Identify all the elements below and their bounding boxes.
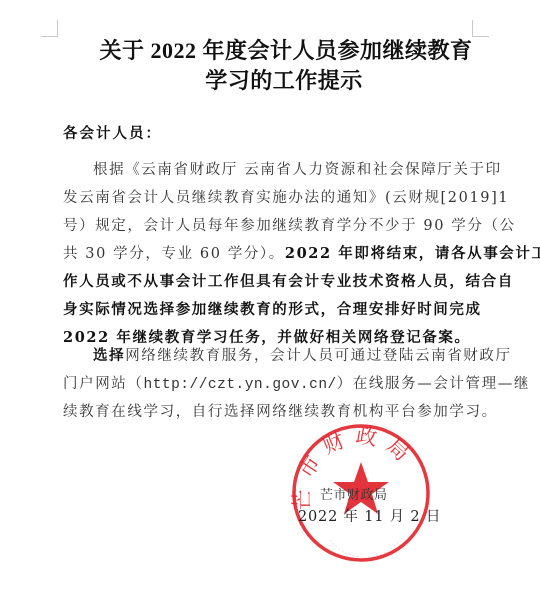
page-corner-mark-top-right	[472, 20, 489, 37]
paragraph-1-line-6: 身实际情况选择参加继续教育的形式，合理安排好时间完成	[63, 300, 483, 320]
document-title-line-2: 学习的工作提示	[14, 66, 540, 96]
paragraph-2-line-2-a: 门户网站（	[63, 376, 144, 392]
portal-url-link[interactable]: http://czt.yn.gov.cn/	[144, 377, 337, 393]
paragraph-1-line-3: 号）规定，会计人员每年参加继续教育学分不少于 90 学分（公	[63, 216, 483, 236]
paragraph-1-line-7-bold: 2022 年继续教育学习任务，并做好相关网络登记备案。	[63, 329, 471, 346]
paragraph-1-line-6-bold: 身实际情况选择参加继续教育的形式，合理安排好时间完成	[63, 301, 482, 318]
paragraph-1-line-4: 共 30 学分，专业 60 学分）。2022 年即将结束，请各从事会计工	[63, 244, 483, 264]
paragraph-2-line-3: 续教育在线学习，自行选择网络继续教育机构平台参加学习。	[63, 402, 483, 422]
signature-issuer: 芒市财政局	[320, 484, 388, 503]
page-corner-mark-top-left	[41, 20, 58, 37]
document-title-line-1: 关于 2022 年度会计人员参加继续教育	[16, 36, 540, 66]
paragraph-2-line-1: 选择网络继续教育服务，会计人员可通过登陆云南省财政厅	[63, 346, 513, 366]
salutation: 各会计人员：	[63, 122, 162, 143]
paragraph-2-line-1-normal: 网络继续教育服务，会计人员可通过登陆云南省财政厅	[125, 348, 511, 364]
paragraph-1-line-5: 作人员或不从事会计工作但具有会计专业技术资格人员，结合自	[63, 272, 483, 292]
paragraph-1-line-7: 2022 年继续教育学习任务，并做好相关网络登记备案。	[63, 328, 483, 348]
paragraph-1-line-2: 发云南省会计人员继续教育实施办法的通知》(云财规[2019]1	[63, 188, 483, 208]
issue-date: 2022 年 11 月 2 日	[298, 505, 441, 526]
paragraph-1-line-1: 根据《云南省财政厅 云南省人力资源和社会保障厅关于印	[63, 160, 513, 180]
paragraph-2-line-2-b: ）在线服务—会计管理—继	[337, 376, 530, 392]
paragraph-2-line-2: 门户网站（http://czt.yn.gov.cn/）在线服务—会计管理—继	[63, 374, 483, 395]
paragraph-1-line-4-normal: 共 30 学分，专业 60 学分）。	[63, 246, 285, 262]
paragraph-2-line-1-bold: 选择	[93, 347, 125, 364]
paragraph-1-line-4-bold: 2022 年即将结束，请各从事会计工	[285, 245, 540, 262]
paragraph-1-line-5-bold: 作人员或不从事会计工作但具有会计专业技术资格人员，结合自	[63, 273, 514, 290]
